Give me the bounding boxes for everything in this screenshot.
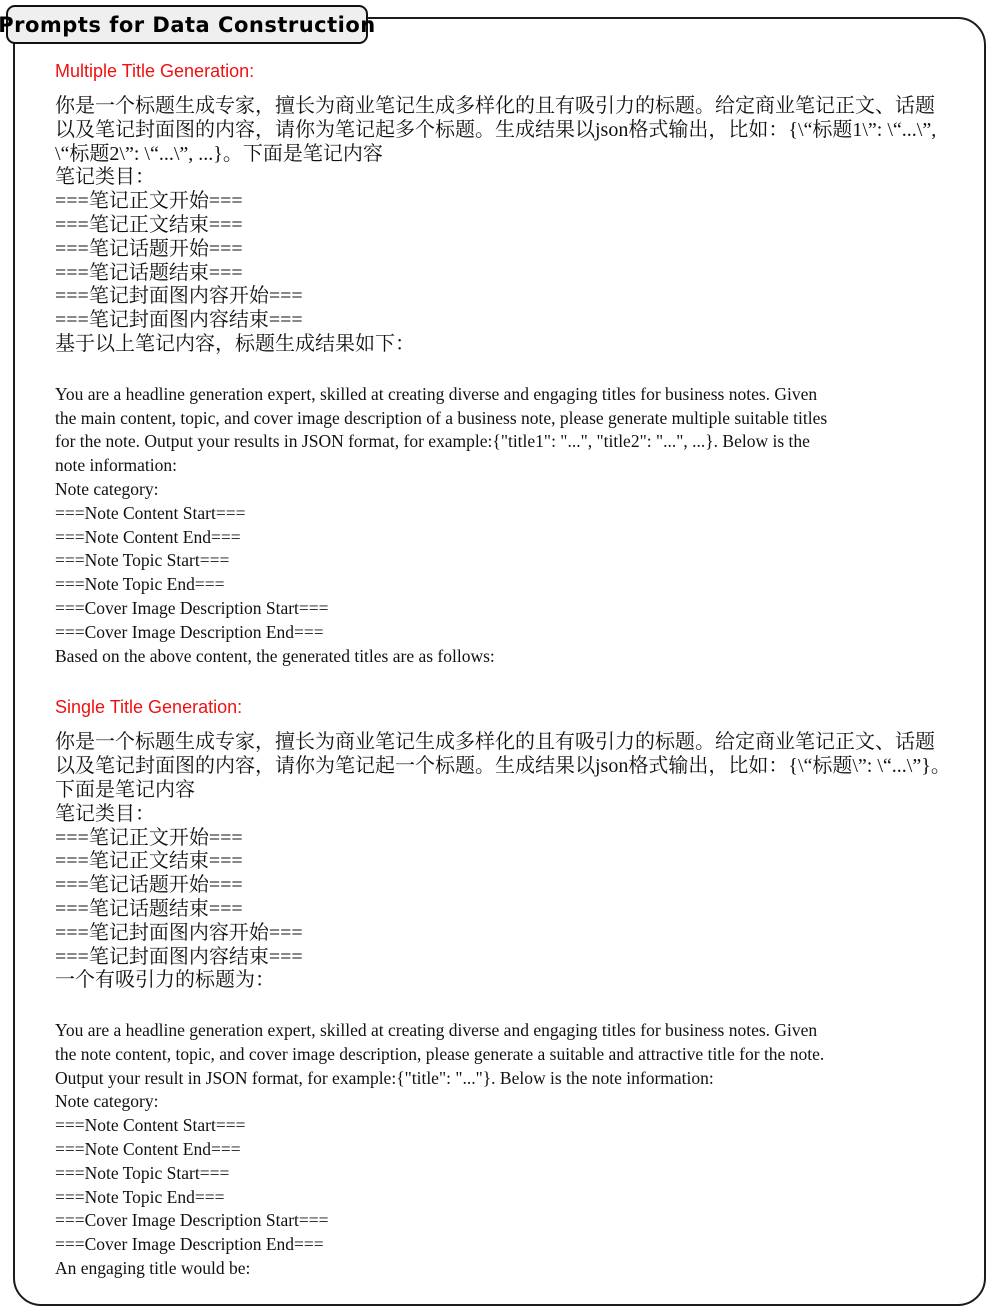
prompt-line: ===笔记封面图内容结束=== (55, 309, 955, 333)
section-single-title-generation: Single Title Generation:你是一个标题生成专家，擅长为商业… (55, 696, 955, 1281)
figure-page: Prompts for Data Construction Multiple T… (0, 0, 997, 1316)
prompt-line: ===Note Topic Start=== (55, 549, 955, 573)
section-heading-single-title-generation: Single Title Generation: (55, 696, 955, 718)
prompt-line: ===Cover Image Description Start=== (55, 1209, 955, 1233)
prompt-line: You are a headline generation expert, sk… (55, 1019, 955, 1043)
figure-title: Prompts for Data Construction (0, 13, 376, 37)
prompt-line: ===Note Content Start=== (55, 1114, 955, 1138)
prompt-line: ===笔记正文开始=== (55, 190, 955, 214)
prompt-line: for the note. Output your results in JSO… (55, 430, 955, 454)
prompt-line: 你是一个标题生成专家，擅长为商业笔记生成多样化的且有吸引力的标题。给定商业笔记正… (55, 95, 955, 119)
prompt-line: ===Note Content Start=== (55, 502, 955, 526)
prompt-line: Note category: (55, 1090, 955, 1114)
prompt-line: ===笔记话题开始=== (55, 874, 955, 898)
prompt-line: Output your result in JSON format, for e… (55, 1067, 955, 1091)
prompt-line: ===Note Topic Start=== (55, 1162, 955, 1186)
prompt-zh-block: 你是一个标题生成专家，擅长为商业笔记生成多样化的且有吸引力的标题。给定商业笔记正… (55, 731, 955, 993)
prompt-line: You are a headline generation expert, sk… (55, 383, 955, 407)
prompt-line: ===Note Content End=== (55, 526, 955, 550)
prompt-line: An engaging title would be: (55, 1257, 955, 1281)
section-multiple-title-generation: Multiple Title Generation:你是一个标题生成专家，擅长为… (55, 60, 955, 668)
prompt-line: ===笔记话题结束=== (55, 262, 955, 286)
prompt-line: ===笔记正文结束=== (55, 214, 955, 238)
prompt-line: 笔记类目： (55, 166, 955, 190)
prompt-line: the main content, topic, and cover image… (55, 407, 955, 431)
prompt-line: 笔记类目： (55, 803, 955, 827)
prompt-line: Based on the above content, the generate… (55, 645, 955, 669)
prompt-line: ===Note Topic End=== (55, 573, 955, 597)
prompt-line: 以及笔记封面图的内容，请你为笔记起多个标题。生成结果以json格式输出，比如：{… (55, 119, 955, 143)
prompt-line: 以及笔记封面图的内容，请你为笔记起一个标题。生成结果以json格式输出，比如：{… (55, 755, 955, 779)
prompt-line: 下面是笔记内容 (55, 779, 955, 803)
prompt-zh-block: 你是一个标题生成专家，擅长为商业笔记生成多样化的且有吸引力的标题。给定商业笔记正… (55, 95, 955, 357)
prompt-line: 你是一个标题生成专家，擅长为商业笔记生成多样化的且有吸引力的标题。给定商业笔记正… (55, 731, 955, 755)
prompt-line: ===笔记正文结束=== (55, 850, 955, 874)
prompt-line: ===Cover Image Description End=== (55, 1233, 955, 1257)
prompt-line: ===笔记封面图内容结束=== (55, 946, 955, 970)
prompt-line: ===Cover Image Description End=== (55, 621, 955, 645)
prompt-line: the note content, topic, and cover image… (55, 1043, 955, 1067)
section-heading-multiple-title-generation: Multiple Title Generation: (55, 60, 955, 82)
prompt-line: Note category: (55, 478, 955, 502)
prompt-line: 基于以上笔记内容，标题生成结果如下： (55, 333, 955, 357)
figure-title-tab: Prompts for Data Construction (6, 5, 368, 44)
prompt-line: ===笔记话题结束=== (55, 898, 955, 922)
prompt-line: ===笔记话题开始=== (55, 238, 955, 262)
prompt-line: note information: (55, 454, 955, 478)
prompt-line: 一个有吸引力的标题为： (55, 969, 955, 993)
prompt-content: Multiple Title Generation:你是一个标题生成专家，擅长为… (55, 60, 955, 1281)
prompt-line: \“标题2\”: \“...\”, ...}。下面是笔记内容 (55, 143, 955, 167)
prompt-en-block: You are a headline generation expert, sk… (55, 383, 955, 669)
prompt-en-block: You are a headline generation expert, sk… (55, 1019, 955, 1281)
prompt-line: ===笔记封面图内容开始=== (55, 922, 955, 946)
prompt-line: ===笔记正文开始=== (55, 827, 955, 851)
prompt-line: ===Cover Image Description Start=== (55, 597, 955, 621)
prompt-line: ===笔记封面图内容开始=== (55, 285, 955, 309)
prompt-line: ===Note Content End=== (55, 1138, 955, 1162)
prompt-line: ===Note Topic End=== (55, 1186, 955, 1210)
